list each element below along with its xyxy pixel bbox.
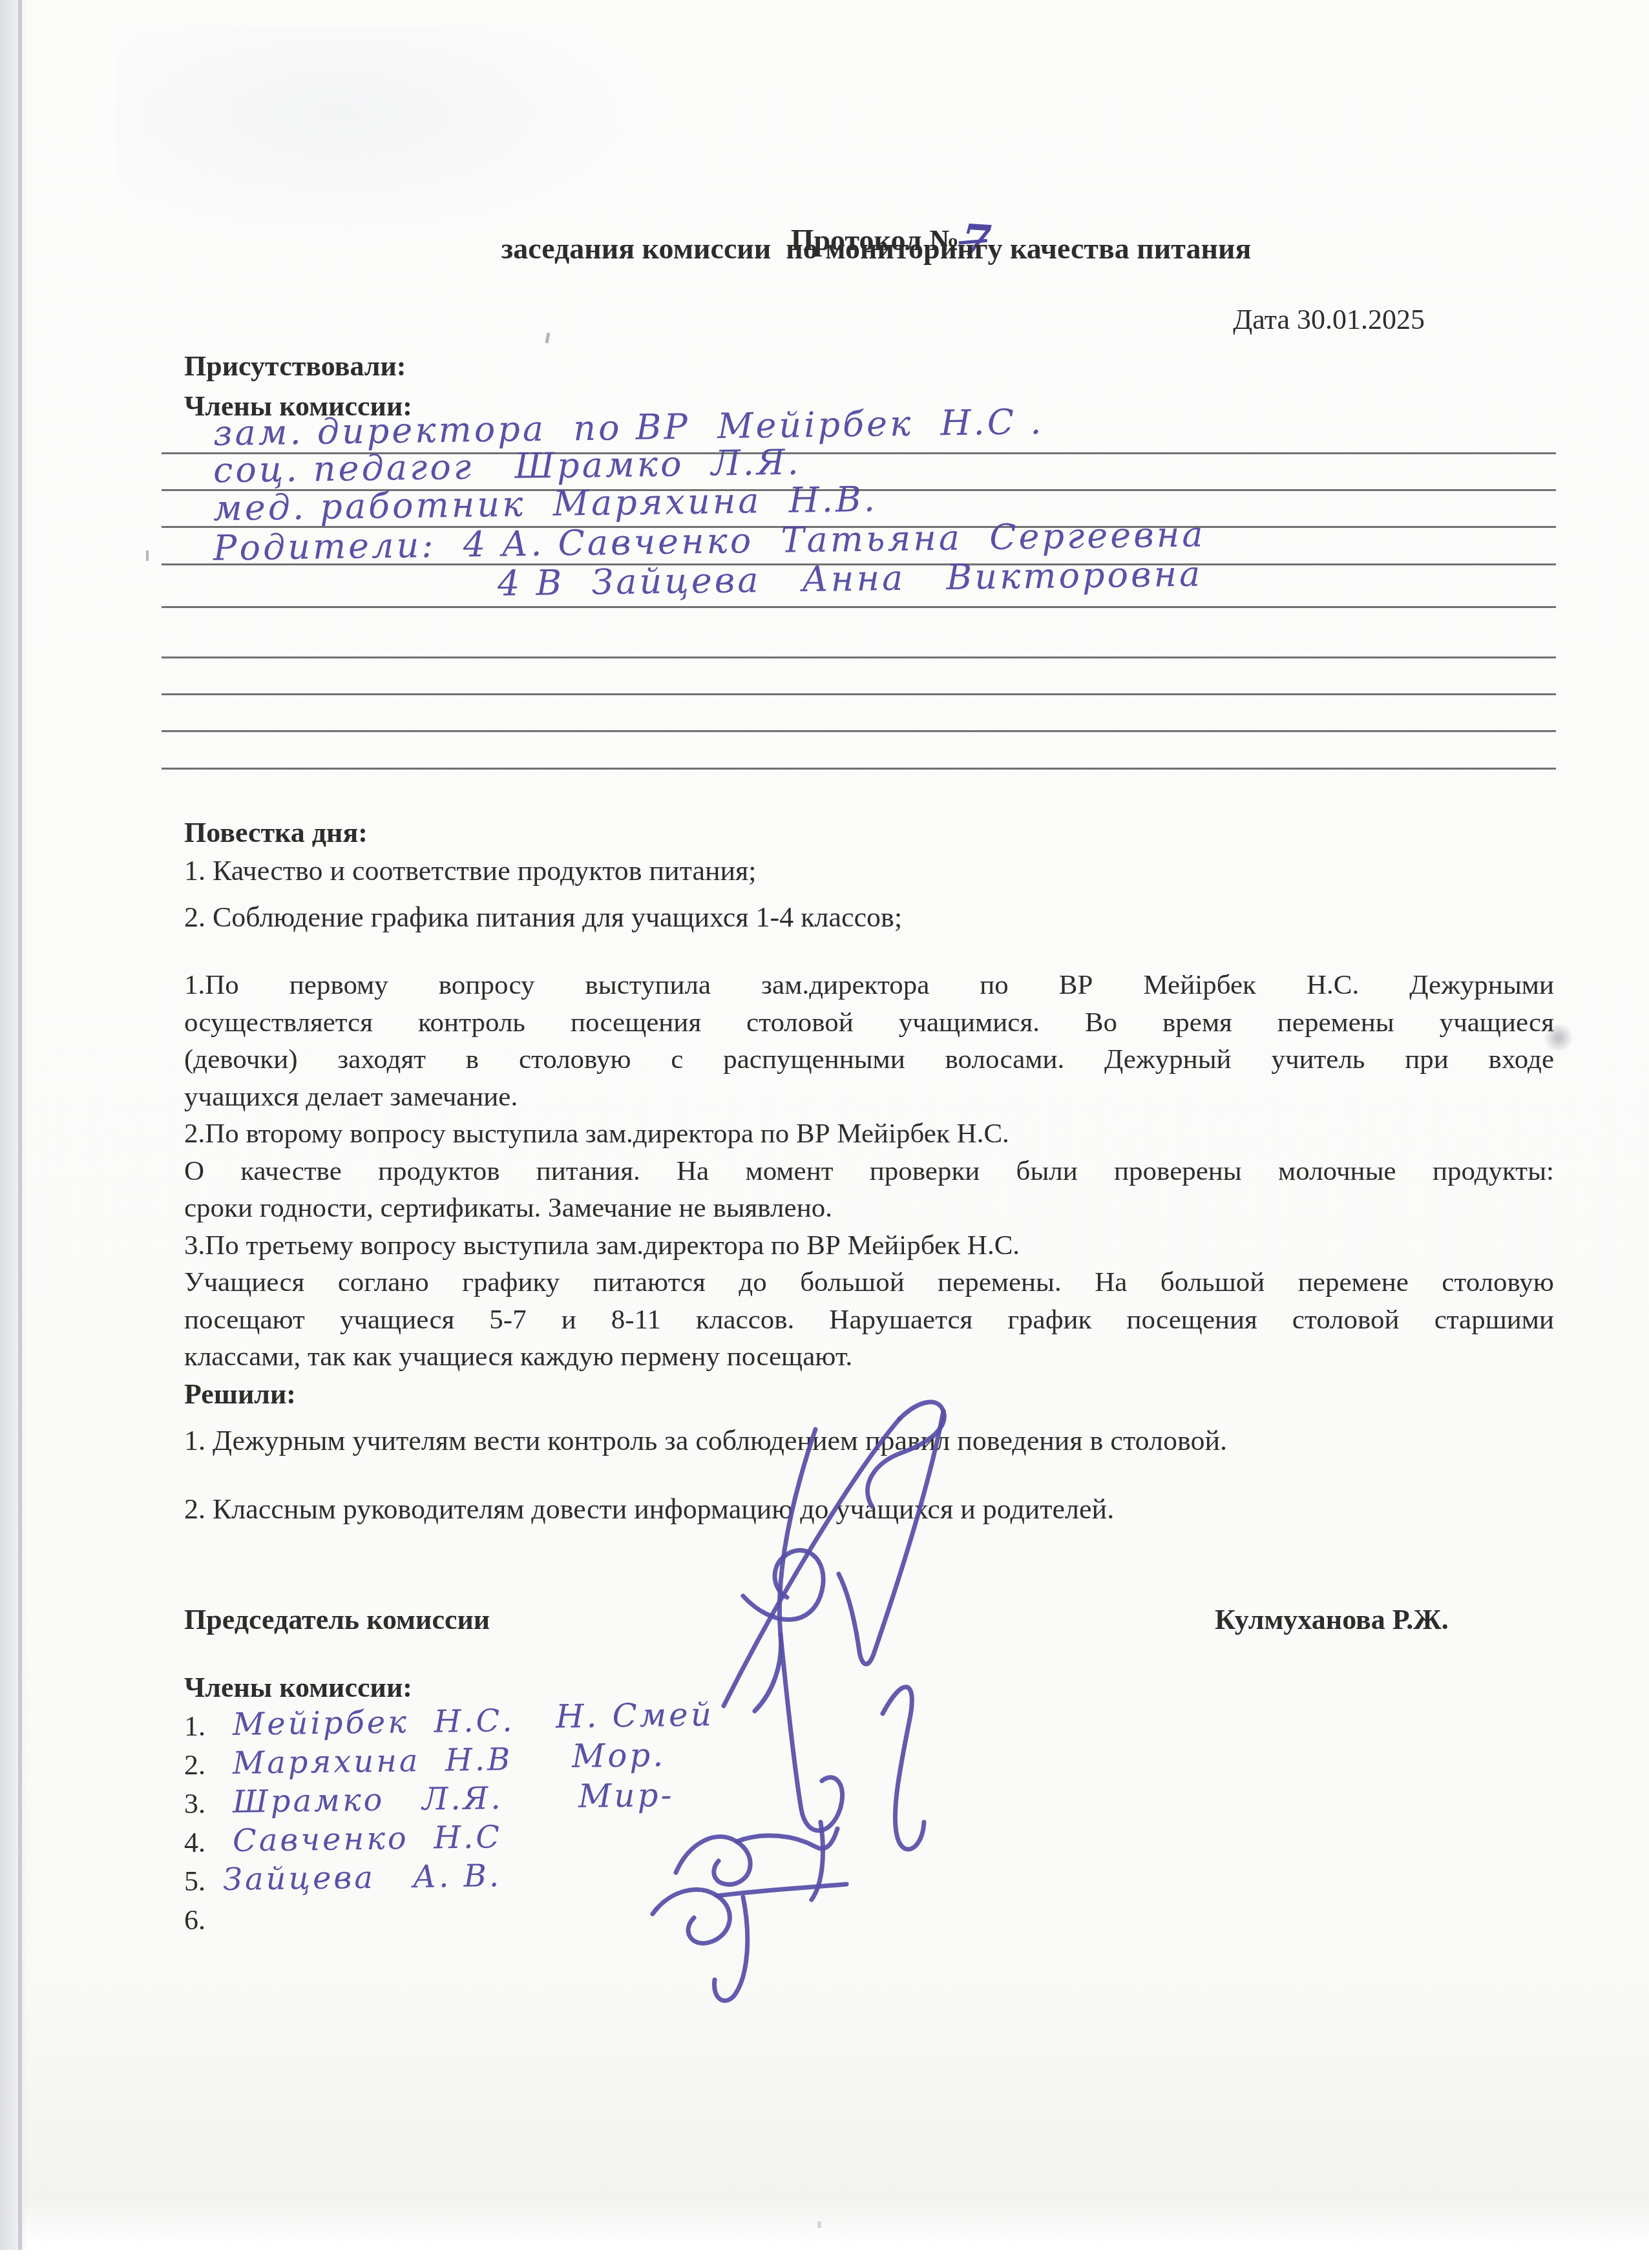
members-sign-heading: Члены комиссии: [184, 1671, 412, 1704]
body-line: осуществляется контроль посещения столов… [184, 1004, 1554, 1042]
body-line: 3.По третьему вопросу выступила зам.дире… [184, 1227, 1554, 1265]
body-line: сроки годности, сертификаты. Замечание н… [184, 1190, 1554, 1227]
ruled-line [162, 606, 1556, 608]
member-number: 5. [184, 1865, 205, 1898]
member-signature: Н. Смей [556, 1696, 715, 1735]
member-handwritten-name: Савченко Н.С [233, 1819, 503, 1859]
member-number: 6. [184, 1904, 205, 1937]
member-number: 1. [184, 1710, 205, 1743]
body-line: 1.По первому вопросу выступила зам.дирек… [184, 967, 1554, 1004]
body-paragraphs: 1.По первому вопросу выступила зам.дирек… [184, 967, 1554, 1376]
ruled-line [162, 693, 1556, 695]
body-line: 2.По второму вопросу выступила зам.дирек… [184, 1115, 1554, 1153]
member-handwritten-name: Мейірбек Н.С. [233, 1703, 515, 1743]
member-number: 3. [184, 1787, 205, 1820]
decision-item: 1. Дежурным учителям вести контроль за с… [184, 1424, 1227, 1457]
attendees-heading: Присутствовали: [184, 350, 406, 383]
member-handwritten-name: Шрамко Л.Я. [233, 1780, 503, 1820]
chair-name: Кулмуханова Р.Ж. [1215, 1603, 1449, 1636]
doc-date: Дата 30.01.2025 [0, 303, 1425, 336]
member-signature-scribble-5 [653, 1884, 846, 2000]
body-line: посещают учащиеся 5-7 и 8-11 классов. На… [184, 1301, 1554, 1339]
agenda-item: 2. Соблюдение графика питания для учащих… [184, 901, 902, 934]
member-number: 4. [184, 1826, 205, 1859]
scan-speck [817, 2221, 821, 2228]
agenda-item: 1. Качество и соответствие продуктов пит… [184, 854, 757, 887]
scan-edge-line [18, 0, 22, 2250]
scan-bottom-strip [0, 2251, 1649, 2268]
scan-edge-band [0, 0, 28, 2250]
member-handwritten-name: Маряхина Н.В [233, 1741, 513, 1781]
member-handwritten-name: Зайцева А. В. [223, 1858, 502, 1898]
ruled-line [162, 656, 1556, 658]
decision-item: 2. Классным руководителям довести информ… [184, 1493, 1114, 1526]
ruled-line [162, 768, 1556, 770]
body-line: учащихся делает замечание. [184, 1078, 1554, 1116]
body-line: классами, так как учащиеся каждую пермен… [184, 1338, 1554, 1376]
member-signature: Мир- [578, 1776, 675, 1815]
agenda-heading: Повестка дня: [184, 816, 368, 849]
scanned-protocol-page: Протокол №7 заседания комиссии по монито… [0, 0, 1649, 2268]
chair-signature [724, 1402, 944, 1831]
scan-speck [146, 551, 149, 561]
body-line: Учащиеся соглано графику питаются до бол… [184, 1264, 1554, 1301]
member-signature-flourish [883, 1687, 924, 1849]
member-number: 2. [184, 1748, 205, 1781]
member-signature-scribble-4 [676, 1822, 837, 1900]
ruled-line [162, 730, 1556, 732]
doc-subtitle: заседания комиссии по мониторингу качест… [103, 231, 1649, 266]
body-line: (девочки) заходят в столовую с распущенн… [184, 1041, 1554, 1078]
member-signature: Мор. [572, 1736, 666, 1775]
chair-label: Председатель комиссии [184, 1603, 490, 1636]
decisions-heading: Решили: [184, 1378, 296, 1411]
body-line: О качестве продуктов питания. На момент … [184, 1153, 1554, 1190]
